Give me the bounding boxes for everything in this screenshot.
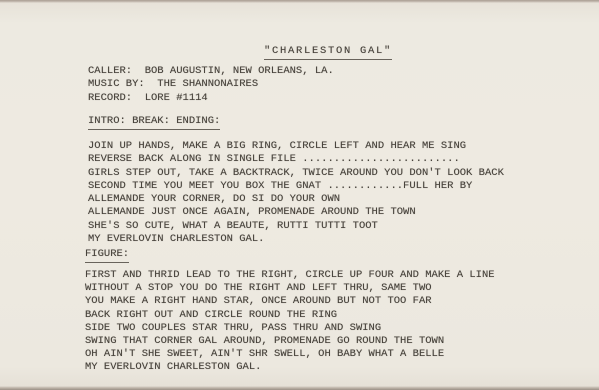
intro-lyric-line: ALLEMANDE JUST ONCE AGAIN, PROMENADE ARO…	[88, 206, 504, 219]
figure-lyrics-block: FIRST AND THRID LEAD TO THE RIGHT, CIRCL…	[85, 269, 495, 375]
intro-lyric-line: GIRLS STEP OUT, TAKE A BACKTRACK, TWICE …	[88, 167, 504, 180]
figure-lyric-line: YOU MAKE A RIGHT HAND STAR, ONCE AROUND …	[85, 295, 495, 308]
intro-lyric-line: SHE'S SO CUTE, WHAT A BEAUTE, RUTTI TUTT…	[88, 220, 504, 233]
intro-heading-text: INTRO: BREAK: ENDING:	[88, 115, 220, 130]
caller-line: CALLER: BOB AUGUSTIN, NEW ORLEANS, LA.	[88, 65, 334, 78]
music-by-line: MUSIC BY: THE SHANNONAIRES	[88, 78, 334, 91]
figure-lyric-line: SIDE TWO COUPLES STAR THRU, PASS THRU AN…	[85, 322, 495, 335]
figure-lyric-line: SWING THAT CORNER GAL AROUND, PROMENADE …	[85, 335, 495, 348]
intro-heading: INTRO: BREAK: ENDING:	[88, 115, 220, 130]
document-title: "CHARLESTON GAL"	[264, 45, 392, 60]
scan-edge-bottom	[0, 386, 599, 390]
intro-lyric-line: REVERSE BACK ALONG IN SINGLE FILE ......…	[88, 153, 504, 166]
document-title-text: "CHARLESTON GAL"	[264, 45, 392, 60]
credits-block: CALLER: BOB AUGUSTIN, NEW ORLEANS, LA. M…	[88, 65, 334, 105]
record-line: RECORD: LORE #1114	[88, 92, 334, 105]
figure-lyric-line: MY EVERLOVIN CHARLESTON GAL.	[85, 361, 495, 374]
intro-lyric-line: MY EVERLOVIN CHARLESTON GAL.	[88, 233, 504, 246]
intro-lyric-line: JOIN UP HANDS, MAKE A BIG RING, CIRCLE L…	[88, 140, 504, 153]
figure-lyric-line: BACK RIGHT OUT AND CIRCLE ROUND THE RING	[85, 309, 495, 322]
intro-lyric-line: ALLEMANDE YOUR CORNER, DO SI DO YOUR OWN	[88, 193, 504, 206]
figure-lyric-line: WITHOUT A STOP YOU DO THE RIGHT AND LEFT…	[85, 282, 495, 295]
intro-lyrics-block: JOIN UP HANDS, MAKE A BIG RING, CIRCLE L…	[88, 140, 504, 246]
figure-lyric-line: OH AIN'T SHE SWEET, AIN'T SHR SWELL, OH …	[85, 348, 495, 361]
figure-heading-text: FIGURE:	[85, 248, 129, 263]
intro-lyric-line: SECOND TIME YOU MEET YOU BOX THE GNAT ..…	[88, 180, 504, 193]
figure-heading: FIGURE:	[85, 248, 129, 263]
scanned-page: { "colors": { "paper": "#ebe7de", "ink":…	[0, 0, 599, 390]
scan-edge-top	[0, 0, 599, 3]
figure-lyric-line: FIRST AND THRID LEAD TO THE RIGHT, CIRCL…	[85, 269, 495, 282]
